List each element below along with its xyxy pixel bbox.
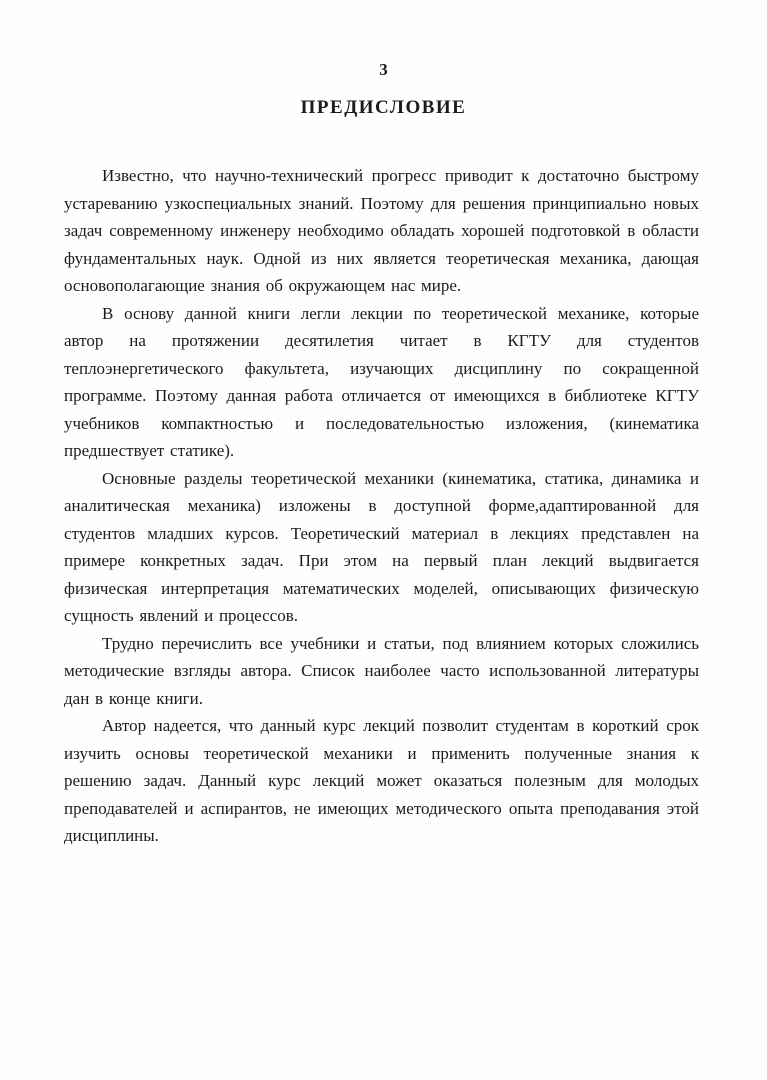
scanned-book-page: 3 ПРЕДИСЛОВИЕ Известно, что научно-техни…	[0, 0, 767, 1080]
page-title: ПРЕДИСЛОВИЕ	[0, 97, 767, 119]
paragraph: В основу данной книги легли лекции по те…	[64, 300, 699, 465]
page-number: 3	[0, 0, 767, 80]
paragraph: Основные разделы теоретической механики …	[64, 465, 699, 630]
paragraph: Известно, что научно-технический прогрес…	[64, 162, 699, 300]
paragraph: Автор надеется, что данный курс лекций п…	[64, 712, 699, 850]
paragraph: Трудно перечислить все учебники и статьи…	[64, 630, 699, 713]
page-body: Известно, что научно-технический прогрес…	[64, 162, 699, 850]
